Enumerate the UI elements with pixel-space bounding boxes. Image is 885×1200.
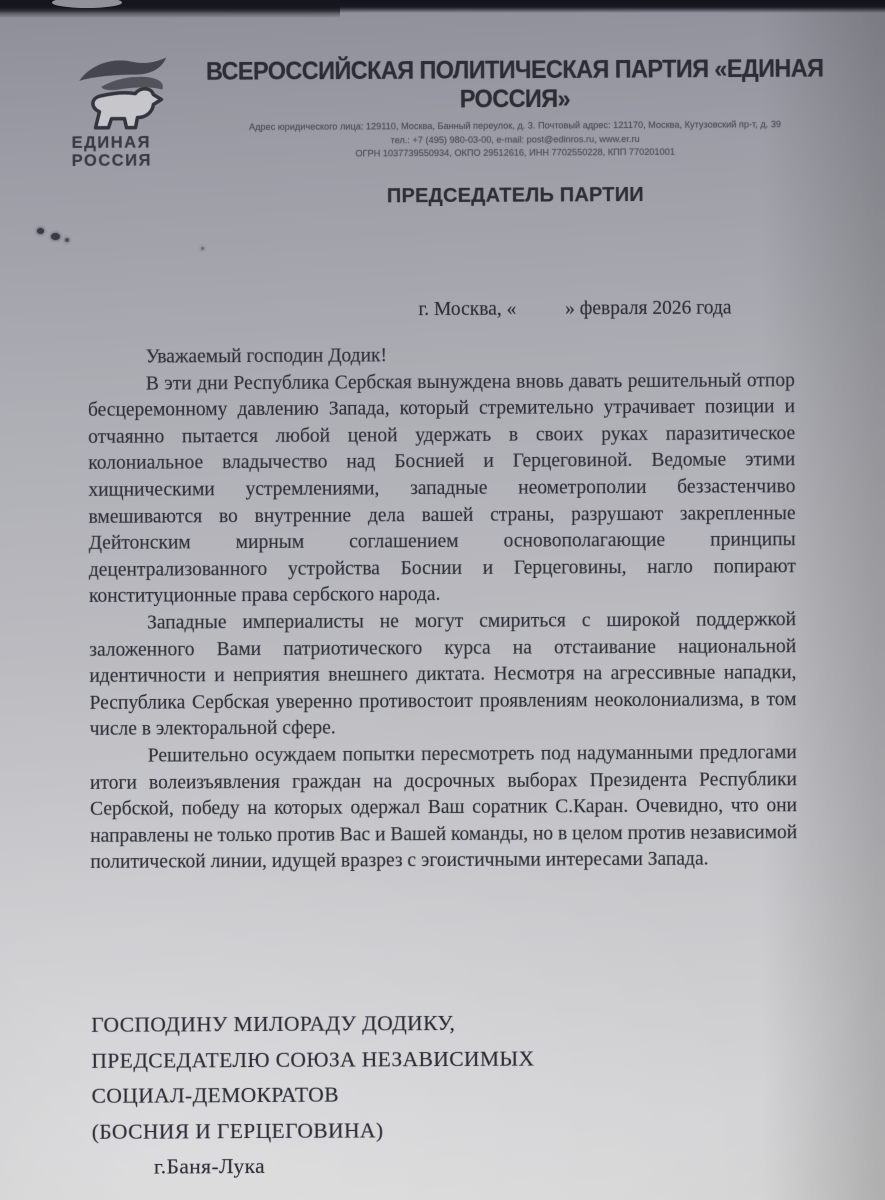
recipient-line-2: ПРЕДСЕДАТЕЛЮ СОЮЗА НЕЗАВИСИМЫХ bbox=[91, 1041, 534, 1079]
dateline: г. Москва, « » февраля 2026 года bbox=[418, 297, 731, 321]
paragraph-2: Западные империалисты не могут смириться… bbox=[89, 607, 797, 744]
letter-body: Уважаемый господин Додик! В эти дни Респ… bbox=[88, 341, 798, 877]
recipient-city: г.Баня-Лука bbox=[154, 1148, 535, 1185]
salutation: Уважаемый господин Додик! bbox=[88, 341, 795, 371]
letterhead-address: Адрес юридического лица: 129110, Москва,… bbox=[173, 118, 856, 162]
recipient-line-1: ГОСПОДИНУ МИЛОРАДУ ДОДИКУ, bbox=[91, 1006, 534, 1044]
party-chairman-heading: ПРЕДСЕДАТЕЛЬ ПАРТИИ bbox=[174, 182, 857, 209]
paragraph-3: Решительно осуждаем попытки пересмотреть… bbox=[90, 740, 798, 877]
recipient-line-4: (БОСНИЯ И ГЕРЦЕГОВИНА) bbox=[92, 1112, 535, 1150]
document-photo: ЕДИНАЯ РОССИЯ ВСЕРОССИЙСКАЯ ПОЛИТИЧЕСКАЯ… bbox=[0, 0, 885, 1200]
address-line-3: ОГРН 1037739550934, ОКПО 29512616, ИНН 7… bbox=[174, 145, 857, 162]
bear-flag-icon bbox=[73, 55, 173, 132]
ink-smudge bbox=[37, 228, 44, 234]
letter-content: ЕДИНАЯ РОССИЯ ВСЕРОССИЙСКАЯ ПОЛИТИЧЕСКАЯ… bbox=[0, 0, 885, 1200]
ink-smudge bbox=[201, 247, 204, 250]
party-title: ВСЕРОССИЙСКАЯ ПОЛИТИЧЕСКАЯ ПАРТИЯ «ЕДИНА… bbox=[173, 54, 856, 115]
paragraph-1: В эти дни Республика Сербская вынуждена … bbox=[88, 368, 796, 611]
letterhead: ВСЕРОССИЙСКАЯ ПОЛИТИЧЕСКАЯ ПАРТИЯ «ЕДИНА… bbox=[173, 56, 857, 209]
ink-smudge bbox=[51, 233, 60, 240]
ink-smudge bbox=[65, 238, 69, 242]
recipient-block: ГОСПОДИНУ МИЛОРАДУ ДОДИКУ, ПРЕДСЕДАТЕЛЮ … bbox=[91, 1006, 535, 1186]
recipient-line-3: СОЦИАЛ-ДЕМОКРАТОВ bbox=[92, 1077, 535, 1115]
